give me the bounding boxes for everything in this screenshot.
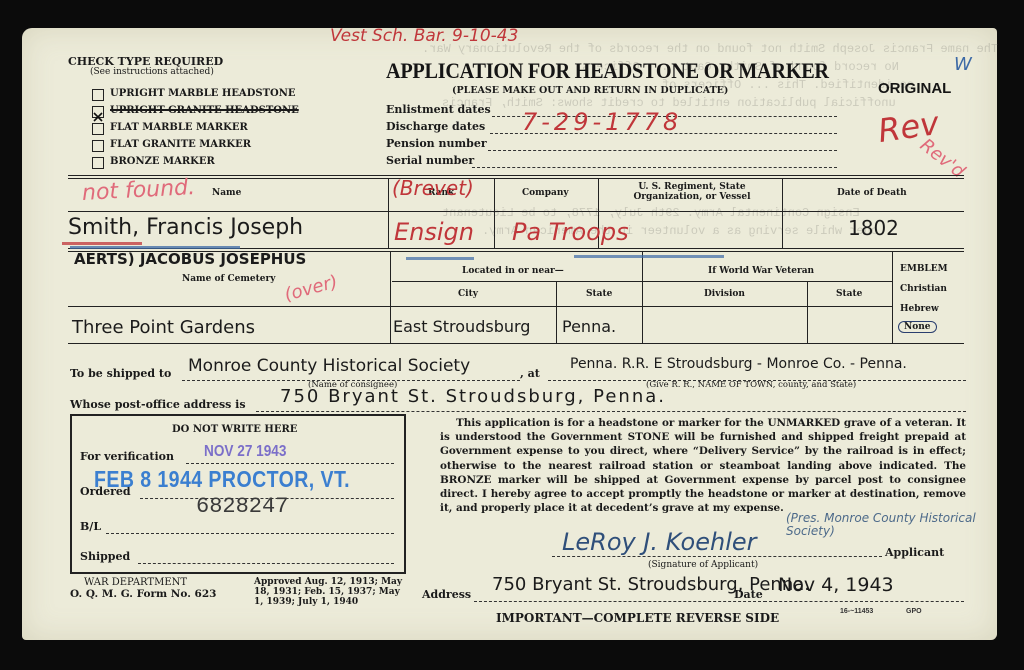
shipped-field xyxy=(138,563,394,564)
war-department-label: WAR DEPARTMENT xyxy=(84,577,187,588)
checkbox[interactable] xyxy=(92,140,104,152)
headstone-application-form: The name Francis Joseph Smith not found … xyxy=(22,28,997,640)
office-use-box: DO NOT WRITE HERE For verification NOV 2… xyxy=(70,414,406,574)
verification-label: For verification xyxy=(80,450,174,463)
discharge-value: 7-29-1778 xyxy=(522,108,682,136)
checkbox[interactable] xyxy=(92,123,104,135)
divider xyxy=(68,343,964,344)
ww-state-label: State xyxy=(836,289,862,299)
state-value: Penna. xyxy=(562,317,616,336)
signature-value: LeRoy J. Koehler xyxy=(562,528,757,556)
rank-value: Ensign xyxy=(394,218,474,246)
office-box-heading: DO NOT WRITE HERE xyxy=(172,424,297,435)
divider xyxy=(388,178,389,248)
ordered-stamp: FEB 8 1944 PROCTOR, VT. xyxy=(94,466,350,493)
important-note: IMPORTANT—COMPLETE REVERSE SIDE xyxy=(496,611,779,625)
emblem-label: EMBLEM xyxy=(900,264,948,274)
address-line-field[interactable] xyxy=(474,601,766,602)
check-type-section: CHECK TYPE REQUIRED (See instructions at… xyxy=(68,55,223,77)
divider xyxy=(68,211,964,212)
regiment-value: Pa Troops xyxy=(512,218,629,246)
approved-dates: Approved Aug. 12, 1913; May 18, 1931; Fe… xyxy=(254,577,404,607)
address-label: Whose post-office address is xyxy=(70,398,246,411)
top-annotation: Vest Sch. Bar. 9-10-43 xyxy=(330,26,518,46)
emblem-christian[interactable]: Christian xyxy=(900,284,947,294)
emblem-none-selected[interactable]: None xyxy=(898,321,937,333)
serial-field[interactable] xyxy=(472,167,837,168)
option-label: UPRIGHT GRANITE HEADSTONE xyxy=(110,105,299,116)
print-code: 16-~11453 xyxy=(840,608,873,615)
ship-at-value: Penna. R.R. E Stroudsburg - Monroe Co. -… xyxy=(570,356,907,372)
divider xyxy=(642,251,643,343)
signature-caption: (Signature of Applicant) xyxy=(648,560,758,570)
world-war-label: If World War Veteran xyxy=(708,266,814,276)
pension-label: Pension number xyxy=(386,137,487,150)
division-label: Division xyxy=(704,289,745,299)
checkbox-checked[interactable] xyxy=(92,106,104,118)
signature-field[interactable] xyxy=(552,556,882,557)
shipped-label: Shipped xyxy=(80,550,130,563)
form-number: O. Q. M. G. Form No. 623 xyxy=(70,588,216,600)
cemetery-label: Name of Cemetery xyxy=(182,274,275,284)
post-office-address-value: 750 Bryant St. Stroudsburg, Penna. xyxy=(280,386,666,407)
blue-underline xyxy=(574,255,724,258)
option-label: FLAT GRANITE MARKER xyxy=(110,139,251,150)
verification-stamp: NOV 27 1943 xyxy=(204,443,286,461)
date-field[interactable] xyxy=(764,601,964,602)
original-label: ORIGINAL xyxy=(878,80,951,97)
x-mark-icon xyxy=(93,112,103,122)
divider xyxy=(807,281,808,343)
date-value: Nov 4, 1943 xyxy=(778,574,894,596)
name-value: Smith, Francis Joseph xyxy=(68,215,303,240)
discharge-label: Discharge dates xyxy=(386,120,485,133)
page-subtitle: (PLEASE MAKE OUT AND RETURN IN DUPLICATE… xyxy=(452,85,728,96)
signature-title-note: (Pres. Monroe County Historical Society) xyxy=(786,512,976,538)
brevet-annotation: (Brevet) xyxy=(392,176,474,200)
over-annotation: (over) xyxy=(282,271,340,305)
divider xyxy=(892,251,893,343)
city-label: City xyxy=(458,289,478,299)
header-regiment: U. S. Regiment, State Organization, or V… xyxy=(622,182,762,202)
header-company: Company xyxy=(522,188,569,198)
bl-label: B/L xyxy=(80,520,101,533)
city-value: East Stroudsburg xyxy=(393,317,530,336)
divider xyxy=(390,251,391,343)
date-label: Date xyxy=(734,588,763,601)
checkbox[interactable] xyxy=(92,157,104,169)
ship-to-label: To be shipped to xyxy=(70,367,171,380)
blue-underline xyxy=(70,246,240,249)
verification-field xyxy=(186,463,394,464)
agreement-text: This application is for a headstone or m… xyxy=(440,416,966,515)
checkbox[interactable] xyxy=(92,89,104,101)
gpo-mark: GPO xyxy=(906,608,922,615)
order-number: 6828247 xyxy=(196,494,288,519)
ship-at-caption: (Give R. R., NAME OF TOWN, county, and S… xyxy=(646,380,856,390)
state-label: State xyxy=(586,289,612,299)
divider xyxy=(556,281,557,343)
applicant-label: Applicant xyxy=(885,546,944,559)
located-label: Located in or near— xyxy=(462,266,564,276)
pension-field[interactable] xyxy=(488,150,837,151)
not-found-annotation: not found. xyxy=(81,175,195,206)
bl-field xyxy=(106,533,394,534)
check-type-subheading: (See instructions attached) xyxy=(90,67,223,77)
option-label: BRONZE MARKER xyxy=(110,156,215,167)
option-label: FLAT MARBLE MARKER xyxy=(110,122,248,133)
address-line-label: Address xyxy=(422,588,471,601)
blue-underline xyxy=(406,257,474,260)
serial-label: Serial number xyxy=(386,154,474,167)
date-of-death-value: 1802 xyxy=(848,216,899,240)
emblem-hebrew[interactable]: Hebrew xyxy=(900,304,939,314)
header-name: Name xyxy=(212,188,241,198)
bleed-through-line: Ensign Continental Army. 29th July, 1778… xyxy=(442,206,860,220)
divider xyxy=(392,281,892,282)
page-title: APPLICATION FOR HEADSTONE OR MARKER xyxy=(386,58,829,84)
divider xyxy=(68,175,964,179)
header-date-of-death: Date of Death xyxy=(837,188,907,198)
cemetery-value: Three Point Gardens xyxy=(72,317,255,338)
red-underline xyxy=(62,242,142,245)
cemetery-handwritten: AERTS) JACOBUS JOSEPHUS xyxy=(74,250,306,268)
divider xyxy=(68,306,892,307)
at-label: , at xyxy=(520,367,540,380)
divider xyxy=(782,178,783,248)
post-office-address-field[interactable] xyxy=(256,411,966,412)
ship-to-value: Monroe County Historical Society xyxy=(188,356,470,376)
divider xyxy=(494,178,495,248)
w-annotation: W xyxy=(954,54,972,75)
enlistment-label: Enlistment dates xyxy=(386,103,491,116)
option-label: UPRIGHT MARBLE HEADSTONE xyxy=(110,88,296,99)
